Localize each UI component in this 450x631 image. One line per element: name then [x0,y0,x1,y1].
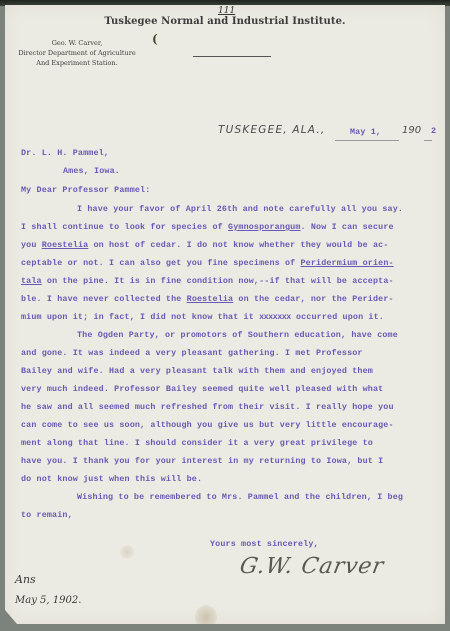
bracket-mark: ( [152,32,158,46]
text-segment: . Now I can secure [301,222,394,232]
text-segment: Wishing to be remembered to Mrs. Pammel … [77,492,403,502]
department-title: Director Department of Agriculture [13,48,141,58]
body-line: do not know just when this will be. [21,474,202,484]
recipient-location: Ames, Iowa. [63,166,120,176]
recipient-name: Dr. L. H. Pammel, [21,148,109,158]
body-line: Wishing to be remembered to Mrs. Pammel … [77,492,403,502]
letter-page: 111 Tuskegee Normal and Industrial Insti… [5,5,445,624]
text-segment: and gone. It was indeed a very pleasant … [21,348,363,358]
body-line: Bailey and wife. Had a very pleasant tal… [21,366,373,376]
text-segment: ceptable or not. I can also get you fine… [21,258,301,268]
body-line: ment along that line. I should consider … [21,438,373,448]
body-line: have you. I thank you for your interest … [21,456,383,466]
text-segment: occurred upon it. [291,312,384,322]
text-segment: I shall continue to look for species of [21,222,228,232]
body-line: I shall continue to look for species of … [21,222,394,232]
body-line: tala on the pine. It is in fine conditio… [21,276,394,286]
year-rule [424,140,432,141]
text-segment: have you. I thank you for your interest … [21,456,383,466]
body-line: very much indeed. Professor Bailey seeme… [21,384,383,394]
salutation: My Dear Professor Pammel: [21,185,150,195]
underlined-term: Roestelia [42,240,89,250]
text-segment: The Ogden Party, or promotors of Souther… [77,330,398,340]
signature: G.W. Carver [238,554,386,579]
year-suffix: 2 [431,126,436,136]
letterhead-title: Tuskegee Normal and Industrial Institute… [5,16,445,27]
text-segment: I have your favor of April 26th and note… [77,204,403,214]
body-line: can come to see us soon, although you gi… [21,420,394,430]
text-segment: can come to see us soon, although you gi… [21,420,394,430]
text-segment: on host of cedar. I do not know whether … [88,240,388,250]
body-line: ble. I have never collected the Roesteli… [21,294,394,304]
text-segment: mium upon it; in fact, I did not know th… [21,312,259,322]
text-segment: he saw and all seemed much refreshed fro… [21,402,394,412]
text-segment: do not know just when this will be. [21,474,202,484]
body-line: ceptable or not. I can also get you fine… [21,258,394,268]
letterhead-rule [193,56,271,57]
text-segment: ble. I have never collected the [21,294,187,304]
closing: Yours most sincerely, [210,539,319,549]
body-line: I have your favor of April 26th and note… [77,204,403,214]
text-segment: on the pine. It is in fine condition now… [42,276,394,286]
text-segment: very much indeed. Professor Bailey seeme… [21,384,383,394]
date-rule [335,140,399,141]
text-segment: to remain, [21,510,73,520]
dateline-place: TUSKEGEE, ALA., [218,124,325,136]
archive-number: 111 [218,6,235,16]
department-station: And Experiment Station. [13,58,141,68]
answered-date: May 5, 1902. [15,595,81,606]
text-segment: ment along that line. I should consider … [21,438,373,448]
body-line: to remain, [21,510,73,520]
underlined-term: Peridermium orien- [301,258,394,268]
underlined-term: tala [21,276,42,286]
body-line: you Roestelia on host of cedar. I do not… [21,240,389,250]
underlined-term: Gymnosporangum [228,222,300,232]
paper-stain [195,605,217,629]
department-name: Geo. W. Carver, [13,38,141,48]
body-line: The Ogden Party, or promotors of Souther… [77,330,398,340]
text-segment: on the cedar, nor the Perider- [233,294,393,304]
body-line: he saw and all seemed much refreshed fro… [21,402,394,412]
struck-text: xxxxxxx [259,312,291,322]
text-segment: you [21,240,42,250]
answered-note: Ans [15,573,36,586]
body-line: and gone. It was indeed a very pleasant … [21,348,363,358]
letter-date: May 1, [350,127,381,137]
text-segment: Bailey and wife. Had a very pleasant tal… [21,366,373,376]
underlined-term: Roestelia [187,294,234,304]
paper-stain [120,545,134,559]
year-prefix: 190 [402,125,421,136]
body-line: mium upon it; in fact, I did not know th… [21,312,384,322]
